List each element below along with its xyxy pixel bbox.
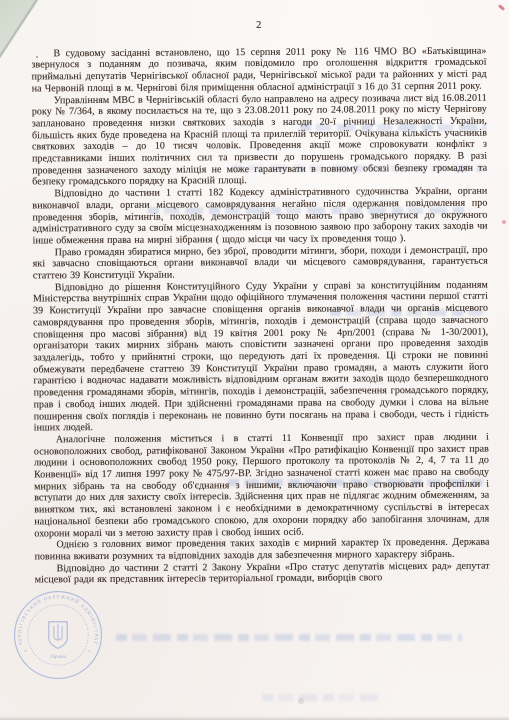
body-paragraph: Однією з головних вимог проведення таких…: [34, 537, 489, 563]
body-paragraph: Відповідно до частини 1 статті 182 Кодек…: [32, 186, 487, 247]
red-ink-speck: [502, 220, 506, 224]
scan-bottom-edge: [0, 716, 509, 720]
stamp-country-text: Україна: [50, 655, 67, 660]
body-paragraph: Аналогічне положення міститься і в статт…: [34, 432, 490, 540]
document-text-block: 2 В судовому засіданні встановлено, що 1…: [31, 19, 489, 587]
body-paragraph: В судовому засіданні встановлено, що 15 …: [31, 45, 486, 95]
page-number: 2: [31, 19, 486, 33]
court-stamp: ЧЕРНІГІВСЬКИЙ ОКРУЖНИЙ АДМІНІСТРАТИВНИЙ …: [12, 589, 104, 681]
stamp-arc-text: ЧЕРНІГІВСЬКИЙ ОКРУЖНИЙ АДМІНІСТРАТИВНИЙ …: [12, 589, 98, 646]
scan-speckles: [36, 56, 38, 58]
body-paragraph: Управлінням МВС в Чернігівській області …: [32, 92, 488, 188]
red-ink-speck: [498, 4, 505, 11]
scanned-court-document-page: { "document": { "page_number": "2", "par…: [0, 0, 509, 720]
body-paragraph: Право громадян збиратися мирно, без збро…: [33, 244, 488, 282]
trident-emblem: [49, 622, 67, 649]
stamp-star-left: *: [24, 649, 27, 655]
bleedthrough-artifact: [116, 634, 462, 641]
body-paragraph: Відповідно до рішення Конституційного Су…: [33, 279, 489, 434]
body-paragraph: Відповідно до частини 2 статті 2 Закону …: [35, 560, 490, 586]
bleedthrough-artifact: [262, 694, 380, 701]
stamp-star-right: *: [88, 649, 91, 655]
